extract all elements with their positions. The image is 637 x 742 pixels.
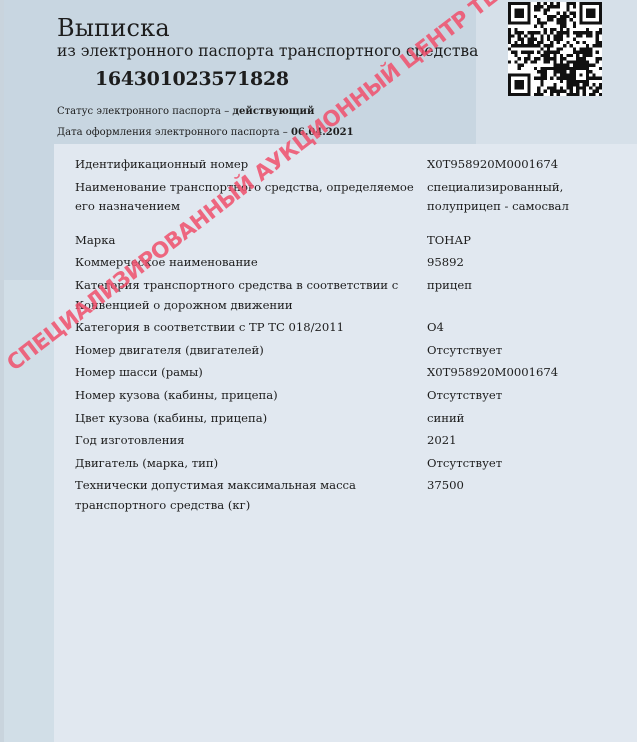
field-value: Отсутствует <box>427 386 620 406</box>
status-value: действующий <box>232 106 314 117</box>
field-label: Номер шасси (рамы) <box>75 363 427 383</box>
field-label: Марка <box>75 231 427 251</box>
table-row: Двигатель (марка, тип)Отсутствует <box>75 454 620 474</box>
passport-status: Статус электронного паспорта – действующ… <box>57 106 314 117</box>
vehicle-data-table: Идентификационный номерX0T958920M0001674… <box>75 155 620 519</box>
table-row: Категория транспортного средства в соотв… <box>75 276 620 315</box>
field-label: Цвет кузова (кабины, прицепа) <box>75 409 427 429</box>
field-value: Отсутствует <box>427 341 620 361</box>
field-label: Год изготовления <box>75 431 427 451</box>
field-value: прицеп <box>427 276 620 315</box>
field-value: ТОНАР <box>427 231 620 251</box>
field-value: O4 <box>427 318 620 338</box>
field-value: 37500 <box>427 476 620 515</box>
field-value: синий <box>427 409 620 429</box>
field-label: Категория транспортного средства в соотв… <box>75 276 427 315</box>
table-row: Номер кузова (кабины, прицепа)Отсутствуе… <box>75 386 620 406</box>
field-label: Идентификационный номер <box>75 155 427 175</box>
table-row: Идентификационный номерX0T958920M0001674 <box>75 155 620 175</box>
date-value: 06.04.2021 <box>291 127 354 138</box>
left-margin-strip <box>4 280 54 742</box>
table-row: Год изготовления2021 <box>75 431 620 451</box>
field-label: Двигатель (марка, тип) <box>75 454 427 474</box>
field-value: X0T958920M0001674 <box>427 363 620 383</box>
table-row: Технически допустимая максимальная масса… <box>75 476 620 515</box>
passport-date: Дата оформления электронного паспорта – … <box>57 127 354 138</box>
field-label: Номер двигателя (двигателей) <box>75 341 427 361</box>
field-label: Наименование транспортного средства, опр… <box>75 178 427 217</box>
field-label: Номер кузова (кабины, прицепа) <box>75 386 427 406</box>
date-label: Дата оформления электронного паспорта – <box>57 127 291 138</box>
field-value: Отсутствует <box>427 454 620 474</box>
status-label: Статус электронного паспорта – <box>57 106 232 117</box>
field-value: специализированный, полуприцеп - самосва… <box>427 178 620 217</box>
field-label: Категория в соответствии с ТР ТС 018/201… <box>75 318 427 338</box>
document-title: Выписка <box>57 14 170 42</box>
document-subtitle: из электронного паспорта транспортного с… <box>57 42 478 60</box>
field-value: 95892 <box>427 253 620 273</box>
header-panel-strip <box>4 144 54 280</box>
table-row: Номер двигателя (двигателей)Отсутствует <box>75 341 620 361</box>
table-row: Наименование транспортного средства, опр… <box>75 178 620 217</box>
passport-number: 164301023571828 <box>95 68 289 90</box>
field-value: 2021 <box>427 431 620 451</box>
table-row: МаркаТОНАР <box>75 231 620 251</box>
table-row: Коммерческое наименование95892 <box>75 253 620 273</box>
field-label: Технически допустимая максимальная масса… <box>75 476 427 515</box>
qr-code-icon <box>508 2 602 96</box>
field-value: X0T958920M0001674 <box>427 155 620 175</box>
table-row: Номер шасси (рамы)X0T958920M0001674 <box>75 363 620 383</box>
field-label: Коммерческое наименование <box>75 253 427 273</box>
table-row: Категория в соответствии с ТР ТС 018/201… <box>75 318 620 338</box>
table-row: Цвет кузова (кабины, прицепа)синий <box>75 409 620 429</box>
